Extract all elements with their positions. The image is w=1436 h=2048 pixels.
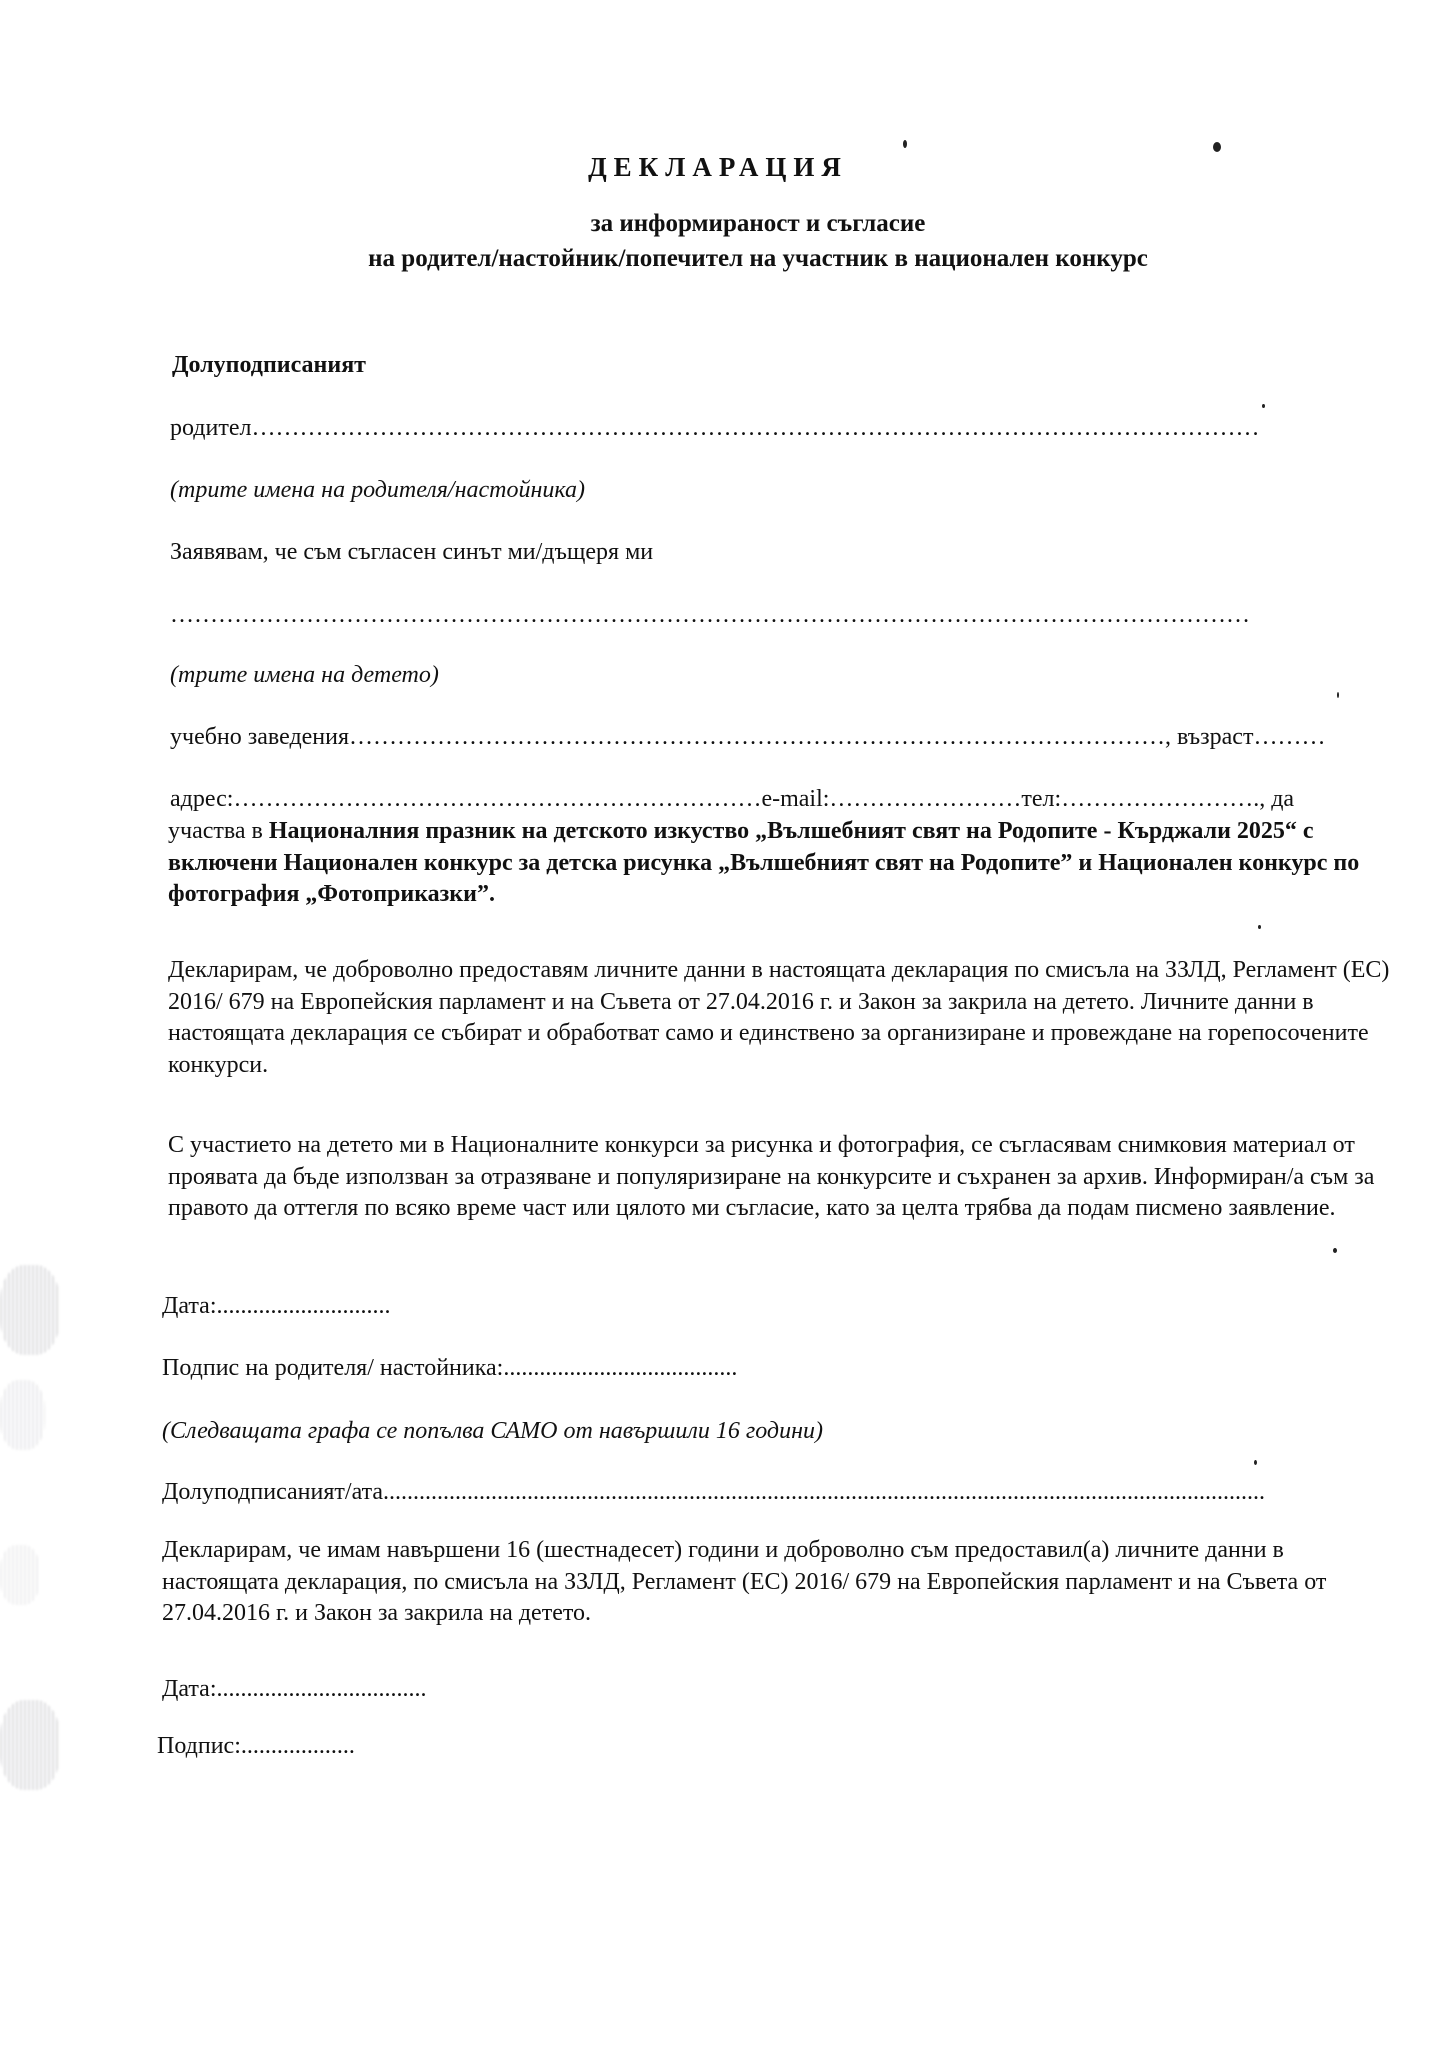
scan-speck [1258, 925, 1261, 929]
date-label: Дата: [162, 1293, 217, 1319]
scanned-declaration-page: ДЕКЛАРАЦИЯ за информираност и съгласие н… [0, 0, 1436, 2048]
phone-blank[interactable]: ……………………. [1061, 786, 1259, 812]
signature-label: Подпис: [157, 1733, 241, 1759]
scan-speck [903, 140, 907, 148]
gdpr-paragraph: Декларирам, че доброволно предоставям ли… [168, 955, 1400, 1081]
date-label-2: Дата: [162, 1676, 217, 1702]
parent-signature-blank[interactable]: ....................................... [503, 1355, 737, 1381]
parent-name-blank[interactable]: …………………………………………………………………………………………………………… [251, 415, 1259, 441]
scan-speck [1213, 142, 1221, 152]
school-label: учебно заведения [170, 724, 349, 750]
date-blank[interactable]: ............................. [217, 1293, 391, 1319]
date-blank-2[interactable]: ................................... [217, 1676, 427, 1702]
date-field-2[interactable]: Дата:................................... [162, 1676, 427, 1703]
address-label: адрес: [170, 786, 233, 812]
date-field-1[interactable]: Дата:............................. [162, 1293, 391, 1320]
scan-speck [1333, 1248, 1337, 1253]
media-consent-paragraph: С участието на детето ми в Националните … [168, 1130, 1400, 1225]
over16-note: (Следващата графа се попълва САМО от нав… [162, 1418, 823, 1445]
document-subtitle-2: на родител/настойник/попечител на участн… [0, 245, 1436, 273]
participation-event: Националния празник на детското изкуство… [168, 818, 1359, 907]
school-blank[interactable]: ………………………………………………………………………………………… [349, 724, 1165, 750]
child-name-field[interactable]: …………………………………………………………………………………………………………… [170, 602, 1250, 629]
document-subtitle: за информираност и съгласие [0, 210, 1436, 238]
consent-intro: Заявявам, че съм съгласен синът ми/дъщер… [170, 539, 653, 566]
child-hint: (трите имена на детето) [170, 662, 439, 689]
participation-paragraph: участва в Националния празник на детскот… [168, 816, 1400, 911]
document-title: ДЕКЛАРАЦИЯ [0, 152, 1436, 183]
email-label: e-mail: [761, 786, 829, 812]
parent-signature-label: Подпис на родителя/ настойника: [162, 1355, 503, 1381]
scan-smudge [0, 1545, 40, 1605]
address-field[interactable]: адрес:…………………………………………………………e-mail:……………… [170, 786, 1294, 813]
scan-smudge [0, 1380, 45, 1450]
scan-speck [1254, 1460, 1257, 1465]
parent-hint: (трите имена на родителя/настойника) [170, 477, 585, 504]
signatory-heading: Долуподписаният [172, 352, 366, 379]
scan-smudge [0, 1265, 60, 1355]
address-blank[interactable]: ………………………………………………………… [233, 786, 761, 812]
child-name-blank[interactable]: …………………………………………………………………………………………………………… [170, 602, 1250, 628]
address-tail: , да [1259, 786, 1294, 812]
parent-label: родител [170, 415, 251, 441]
over16-signatory-field[interactable]: Долуподписаният/ата.....................… [162, 1479, 1265, 1506]
scan-speck [1337, 692, 1339, 698]
over16-signatory-label: Долуподписаният/ата [162, 1479, 383, 1505]
parent-signature-field[interactable]: Подпис на родителя/ настойника:.........… [162, 1355, 737, 1382]
signature-field[interactable]: Подпис:................... [157, 1733, 355, 1760]
scan-smudge [0, 1700, 60, 1790]
email-blank[interactable]: …………………… [829, 786, 1021, 812]
participation-prefix: участва в [168, 818, 269, 844]
school-field[interactable]: учебно заведения………………………………………………………………… [170, 724, 1325, 751]
age-label: , възраст [1165, 724, 1253, 750]
age-blank[interactable]: ……… [1253, 724, 1325, 750]
over16-paragraph: Декларирам, че имам навършени 16 (шестна… [162, 1535, 1392, 1630]
phone-label: тел: [1021, 786, 1061, 812]
over16-signatory-blank[interactable]: ........................................… [383, 1479, 1265, 1505]
scan-speck [1262, 404, 1265, 408]
parent-name-field[interactable]: родител………………………………………………………………………………………… [170, 415, 1259, 442]
signature-blank[interactable]: ................... [241, 1733, 355, 1759]
